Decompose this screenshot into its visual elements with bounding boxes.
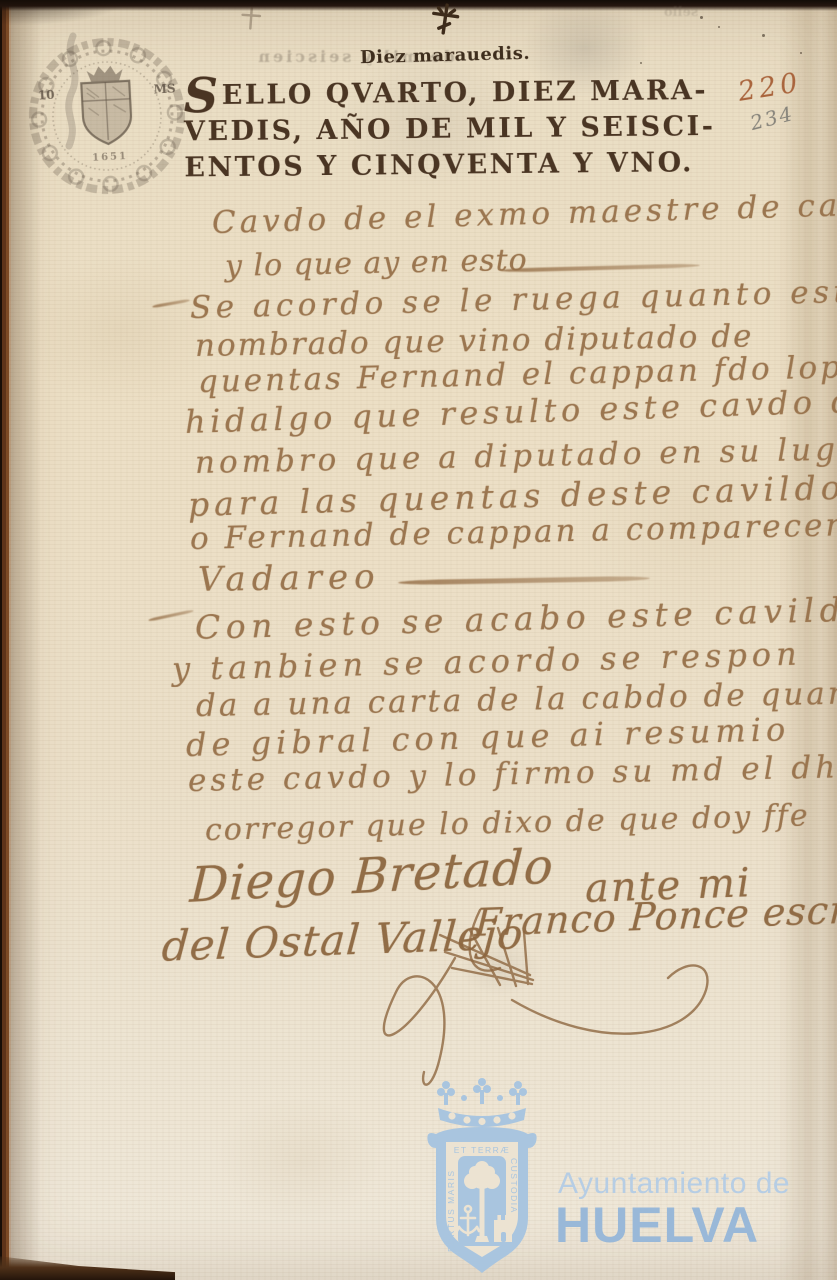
seal-text-line2: VEDIS, AÑO DE MIL Y SEISCI- bbox=[184, 110, 658, 151]
manuscript-line: Vadareo bbox=[198, 557, 381, 600]
revenue-label: Diez marauedis. bbox=[360, 43, 531, 68]
org-name: HUELVA bbox=[555, 1196, 759, 1254]
invocation-cross-faint-icon bbox=[238, 6, 264, 32]
motto-right: CUSTODIA bbox=[509, 1158, 519, 1214]
tax-seal-stamp: 10 MS 1651 bbox=[22, 26, 193, 206]
seal-text-line3: ENTOS Y CINQVENTA Y VNO. bbox=[184, 146, 658, 187]
ink-speck bbox=[800, 52, 802, 54]
seal-text-line1: SELLO QVARTO, DIEZ MARA- bbox=[183, 74, 657, 115]
bleedthrough-text-2: sello bbox=[636, 5, 726, 20]
ink-speck bbox=[640, 62, 642, 64]
seal-text-block: SELLO QVARTO, DIEZ MARA- VEDIS, AÑO DE M… bbox=[183, 74, 658, 187]
manuscript-line: y lo que ay en esto bbox=[225, 243, 528, 284]
ink-speck bbox=[718, 26, 720, 28]
seal-line1-rest: ELLO QVARTO, DIEZ MARA- bbox=[222, 75, 709, 111]
huelva-coat-of-arms: ET TERRÆ PORTUS MARIS CUSTODIA bbox=[420, 1080, 548, 1280]
seal-crown bbox=[86, 65, 123, 82]
signature-flourishes bbox=[0, 840, 837, 1090]
motto-left: PORTUS MARIS bbox=[446, 1169, 456, 1252]
seal-year: 1651 bbox=[92, 151, 128, 164]
seal-left-value: 10 bbox=[37, 88, 54, 103]
seal-right-value: MS bbox=[153, 81, 176, 96]
motto-top: ET TERRÆ bbox=[454, 1145, 511, 1155]
invocation-cross-icon bbox=[428, 2, 462, 38]
ink-speck bbox=[762, 34, 765, 37]
